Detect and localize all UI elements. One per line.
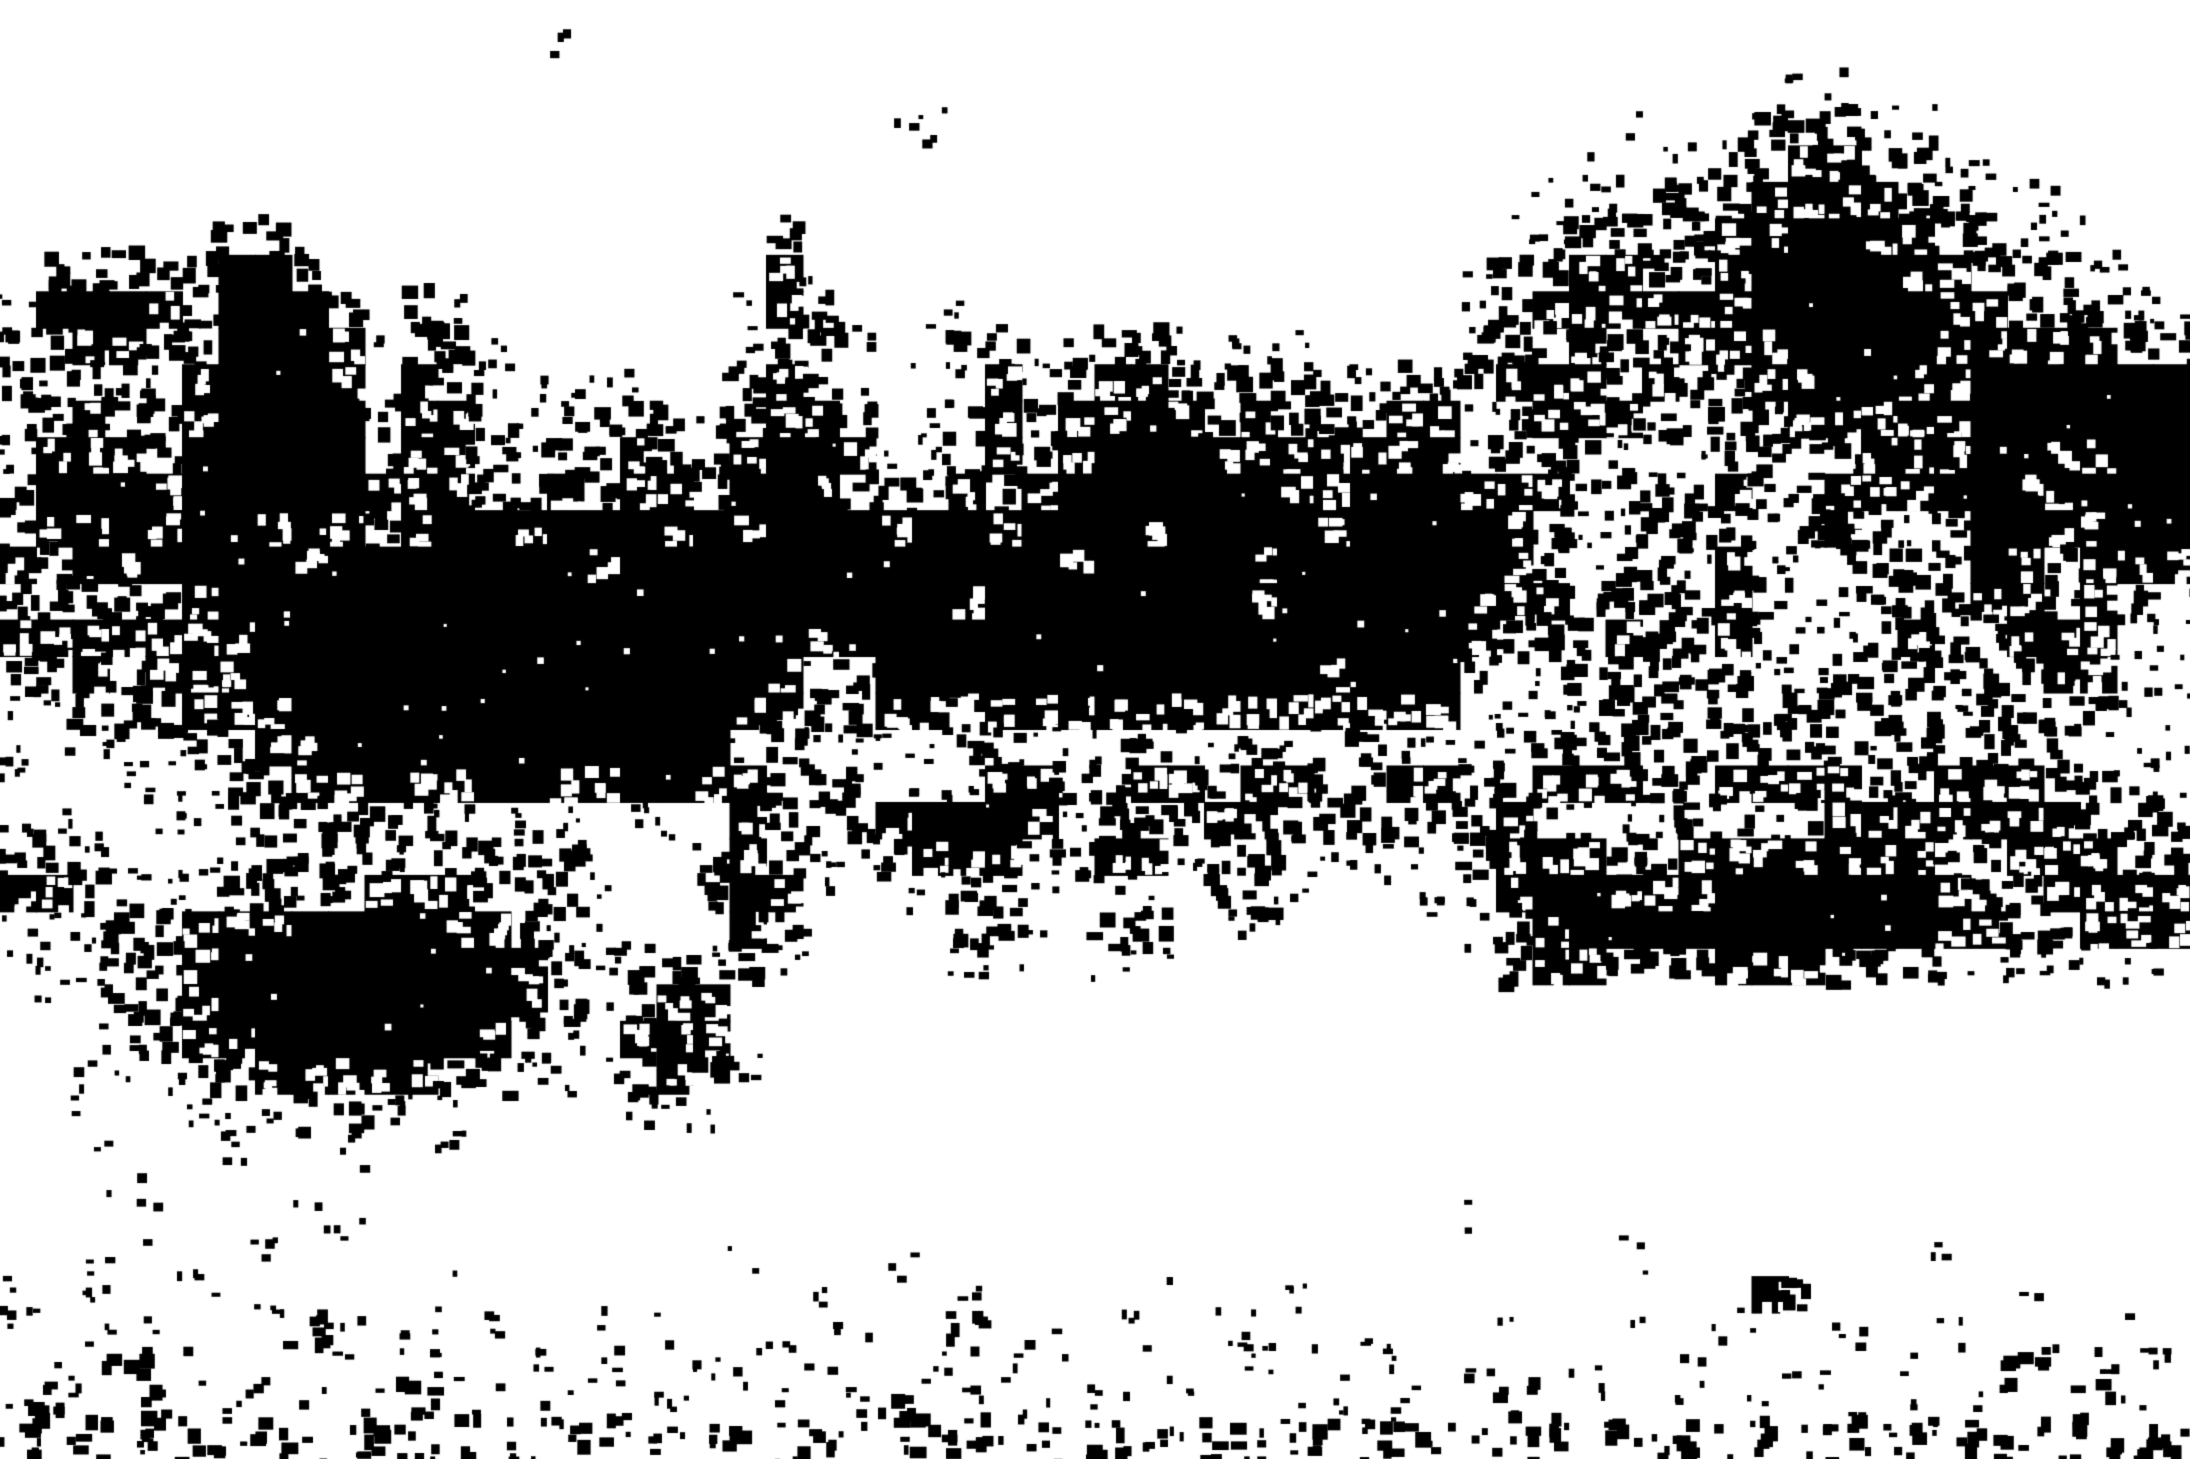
photo-bitmap-canvas bbox=[0, 0, 2190, 1459]
binarized-garden-photo bbox=[0, 0, 2190, 1459]
